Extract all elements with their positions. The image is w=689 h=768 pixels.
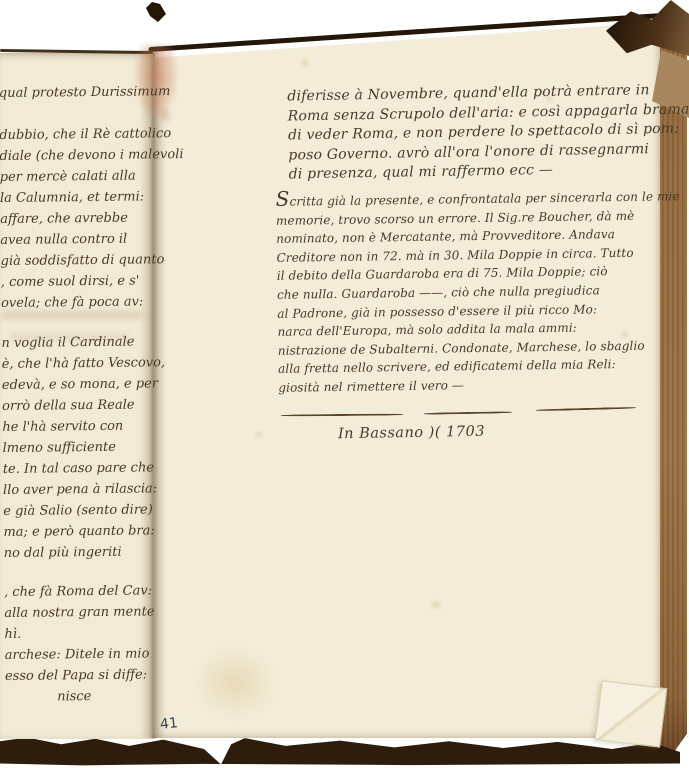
manuscript-line: he l'hà servito con (2, 415, 186, 438)
manuscript-line: esso del Papa si diffe: (5, 664, 189, 687)
manuscript-line: la Calumnia, et termi: (0, 186, 184, 209)
left-page-text: qual protesto Durissimum dubbio, che il … (0, 81, 189, 708)
manuscript-line: già soddisfatto di quanto (0, 249, 184, 272)
manuscript-line: no dal più ingeriti (4, 541, 188, 564)
manuscript-line: , come suol dirsi, e s' (1, 270, 185, 293)
manuscript-line: n voglia il Cardinale (1, 331, 185, 354)
manuscript-line: e già Salio (sento dire) (3, 499, 187, 522)
manuscript-line: hì. (4, 622, 188, 645)
manuscript-line: lmeno sufficiente (2, 436, 186, 459)
manuscript-line: per mercè calati alla (0, 165, 184, 188)
manuscript-line: edevà, e so mona, e per (2, 373, 186, 396)
manuscript-line: te. In tal caso pare che (3, 457, 187, 480)
manuscript-photo: qual protesto Durissimum dubbio, che il … (0, 0, 689, 768)
manuscript-line: archese: Ditele in mio (5, 643, 189, 666)
manuscript-line: è, che l'hà fatto Vescovo, (2, 352, 186, 375)
page-number: 41 (159, 715, 178, 733)
manuscript-line: ma; e però quanto bra: (3, 520, 187, 543)
manuscript-line: orrò della sua Reale (2, 394, 186, 417)
manuscript-line: qual protesto Durissimum (0, 81, 183, 104)
bottom-edge (0, 735, 680, 766)
dateline: In Bassano )( 1703 (338, 424, 485, 443)
letter-postscript-paragraph: Scritta già la presente, e confrontatala… (276, 184, 683, 397)
manuscript-line: llo aver pena à rilascia: (3, 478, 187, 501)
manuscript-line: alla nostra gran mente (4, 601, 188, 624)
dog-ear-fold (595, 680, 668, 748)
manuscript-line: dubbio, che il Rè cattolico (0, 123, 183, 146)
manuscript-line: nisce (57, 685, 189, 707)
manuscript-line: ovela; che fà poca av: (1, 291, 185, 314)
gutter-tab (146, 2, 166, 22)
manuscript-line: affare, che avrebbe (0, 207, 184, 230)
manuscript-line: diale (che devono i malevoli (0, 144, 184, 167)
manuscript-line: avea nulla contro il (0, 228, 184, 251)
manuscript-line: , che fà Roma del Cav: (4, 580, 188, 603)
letter-body-paragraph: diferisse à Novembre, quand'ella potrà e… (287, 81, 689, 185)
